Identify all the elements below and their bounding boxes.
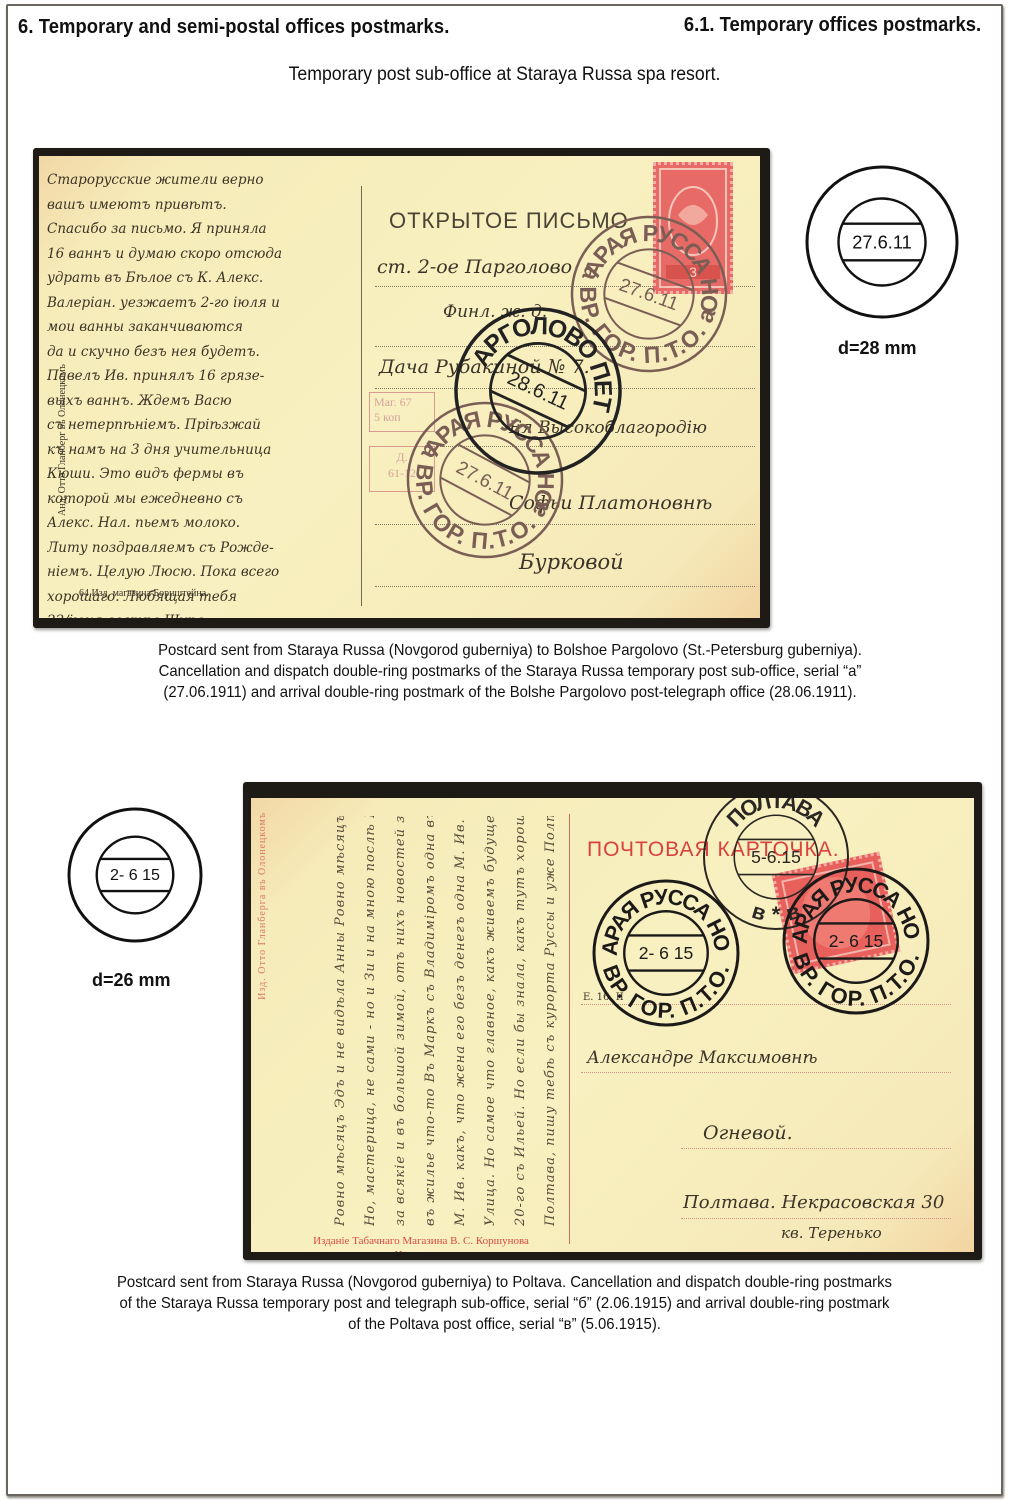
message-line: которой мы ежедневно съ xyxy=(47,487,359,512)
caption-postcard-1911: Postcard sent from Staraya Russa (Novgor… xyxy=(54,640,965,703)
message-line: Но, мастерица, не сами - но и Зи и на мн… xyxy=(363,816,378,1226)
publisher-imprint: Изданiе Табачнаго Магазина В. С. Коршуно… xyxy=(281,1234,561,1252)
message-line: удрать въ Бѣлое съ К. Алекс. xyxy=(47,266,359,291)
postcard-1911: Старорусские жители верновашъ имеютъ при… xyxy=(33,148,770,628)
message-line: М. Ив. какъ, что жена его безъ денегъ од… xyxy=(453,816,468,1226)
message-line: Ровно мѣсяцъ Эдъ и не видѣла Анны Ровно … xyxy=(333,816,348,1226)
message-line: въ жилье что-то Въ Маркъ съ Владимiромъ … xyxy=(423,816,438,1226)
message-line: вашъ имеютъ привѣтъ. xyxy=(47,193,359,218)
message-line: Павелъ Ив. принялъ 16 грязе- xyxy=(47,364,359,389)
message-line: Валерiан. уезжаетъ 2-го iюля и xyxy=(47,291,359,316)
message-line: 16 ваннъ и думаю скоро отсюда xyxy=(47,242,359,267)
message-line: Литу поздравляемъ съ Рожде- xyxy=(47,536,359,561)
address-line: Полтава. Некрасовская 30 xyxy=(683,1192,944,1213)
message-line: да и скучно безъ нея будетъ. xyxy=(47,340,359,365)
svg-text:2- 6 15: 2- 6 15 xyxy=(829,931,884,951)
message-line: Спасибо за письмо. Я приняла xyxy=(47,217,359,242)
message-line: Улица. Но самое что главное, какъ живемъ… xyxy=(483,816,498,1226)
message-line: за всякiе и въ большой зимой, отъ нихъ н… xyxy=(393,816,408,1226)
divider-line xyxy=(361,186,362,606)
message-line: Старорусские жители верно xyxy=(47,168,359,193)
address-line: кв. Теренько xyxy=(781,1224,882,1242)
publisher-imprint: 64 Изд. магазина Борнштейна. xyxy=(79,588,209,599)
postcard-1915: Полтава, пишу тебѣ съ курорта Руссы и уж… xyxy=(243,782,982,1260)
postmark-staraya-russa-dispatch: СТАРАЯ РУССА НОВГ.б ВР. ГОР. П.Т.О. б2- … xyxy=(591,878,741,1028)
postmark-drawing-27-6-11: 27.6.11 xyxy=(804,164,960,320)
message-line: 20-го съ Ильей. Но если бы знала, какъ т… xyxy=(513,816,528,1226)
divider-line xyxy=(569,814,570,1244)
caption-postcard-1915: Postcard sent from Staraya Russa (Novgor… xyxy=(35,1272,973,1335)
page-subtitle: Temporary post sub-office at Staraya Rus… xyxy=(35,64,973,86)
message-line: съ нетерпѣнiемъ. Прiѣзжай xyxy=(47,413,359,438)
postcard-face: Старорусские жители верновашъ имеютъ при… xyxy=(39,156,760,618)
svg-text:2- 6 15: 2- 6 15 xyxy=(110,866,160,884)
svg-text:27.6.11: 27.6.11 xyxy=(617,274,682,315)
postmark-staraya-russa-cancel: СТАРАЯ РУССА НОВГ.б ВР. ГОР. П.Т.О. б2- … xyxy=(781,866,931,1016)
message-line: Полтава, пишу тебѣ съ курорта Руссы и уж… xyxy=(543,816,558,1226)
diameter-label: d=26 mm xyxy=(92,970,171,991)
message-line: мои ванны заканчиваются xyxy=(47,315,359,340)
svg-text:28.6.11: 28.6.11 xyxy=(504,367,572,414)
message-line: къ намъ на 3 дня учительница xyxy=(47,438,359,463)
diameter-label: d=28 mm xyxy=(838,338,917,359)
handwritten-message: Старорусские жители верновашъ имеютъ при… xyxy=(47,168,359,618)
message-line: Кюши. Это видъ фермы въ xyxy=(47,462,359,487)
postcard-face: Полтава, пишу тебѣ съ курорта Руссы и уж… xyxy=(251,798,974,1252)
message-line: 22/iюня сестра Шура. xyxy=(47,609,359,618)
svg-text:27.6.11: 27.6.11 xyxy=(852,232,912,253)
address-line: Огневой. xyxy=(703,1122,793,1144)
svg-text:5-6.15: 5-6.15 xyxy=(751,847,801,867)
section-title: 6. Temporary and semi-postal offices pos… xyxy=(18,16,449,39)
publisher-vertical-text: Изд. Отто Гланберга въ Олонецкомъ xyxy=(257,812,268,1000)
address-line: ст. 2-ое Парголово xyxy=(377,256,572,278)
postmark-drawing-2-6-15: 2- 6 15 xyxy=(66,806,204,944)
subsection-title: 6.1. Temporary offices postmarks. xyxy=(684,14,981,37)
message-line: нiемъ. Целую Люсю. Пока всего xyxy=(47,560,359,585)
svg-text:2- 6 15: 2- 6 15 xyxy=(639,943,694,963)
publisher-vertical-text: Анд. Отто Гланберг въ Олонецкомъ xyxy=(57,364,68,516)
message-line: выхъ ваннъ. Ждемъ Васю xyxy=(47,389,359,414)
address-line: Александре Максимовнѣ xyxy=(587,1048,817,1068)
message-line: Алекс. Нал. пьемъ молоко. xyxy=(47,511,359,536)
